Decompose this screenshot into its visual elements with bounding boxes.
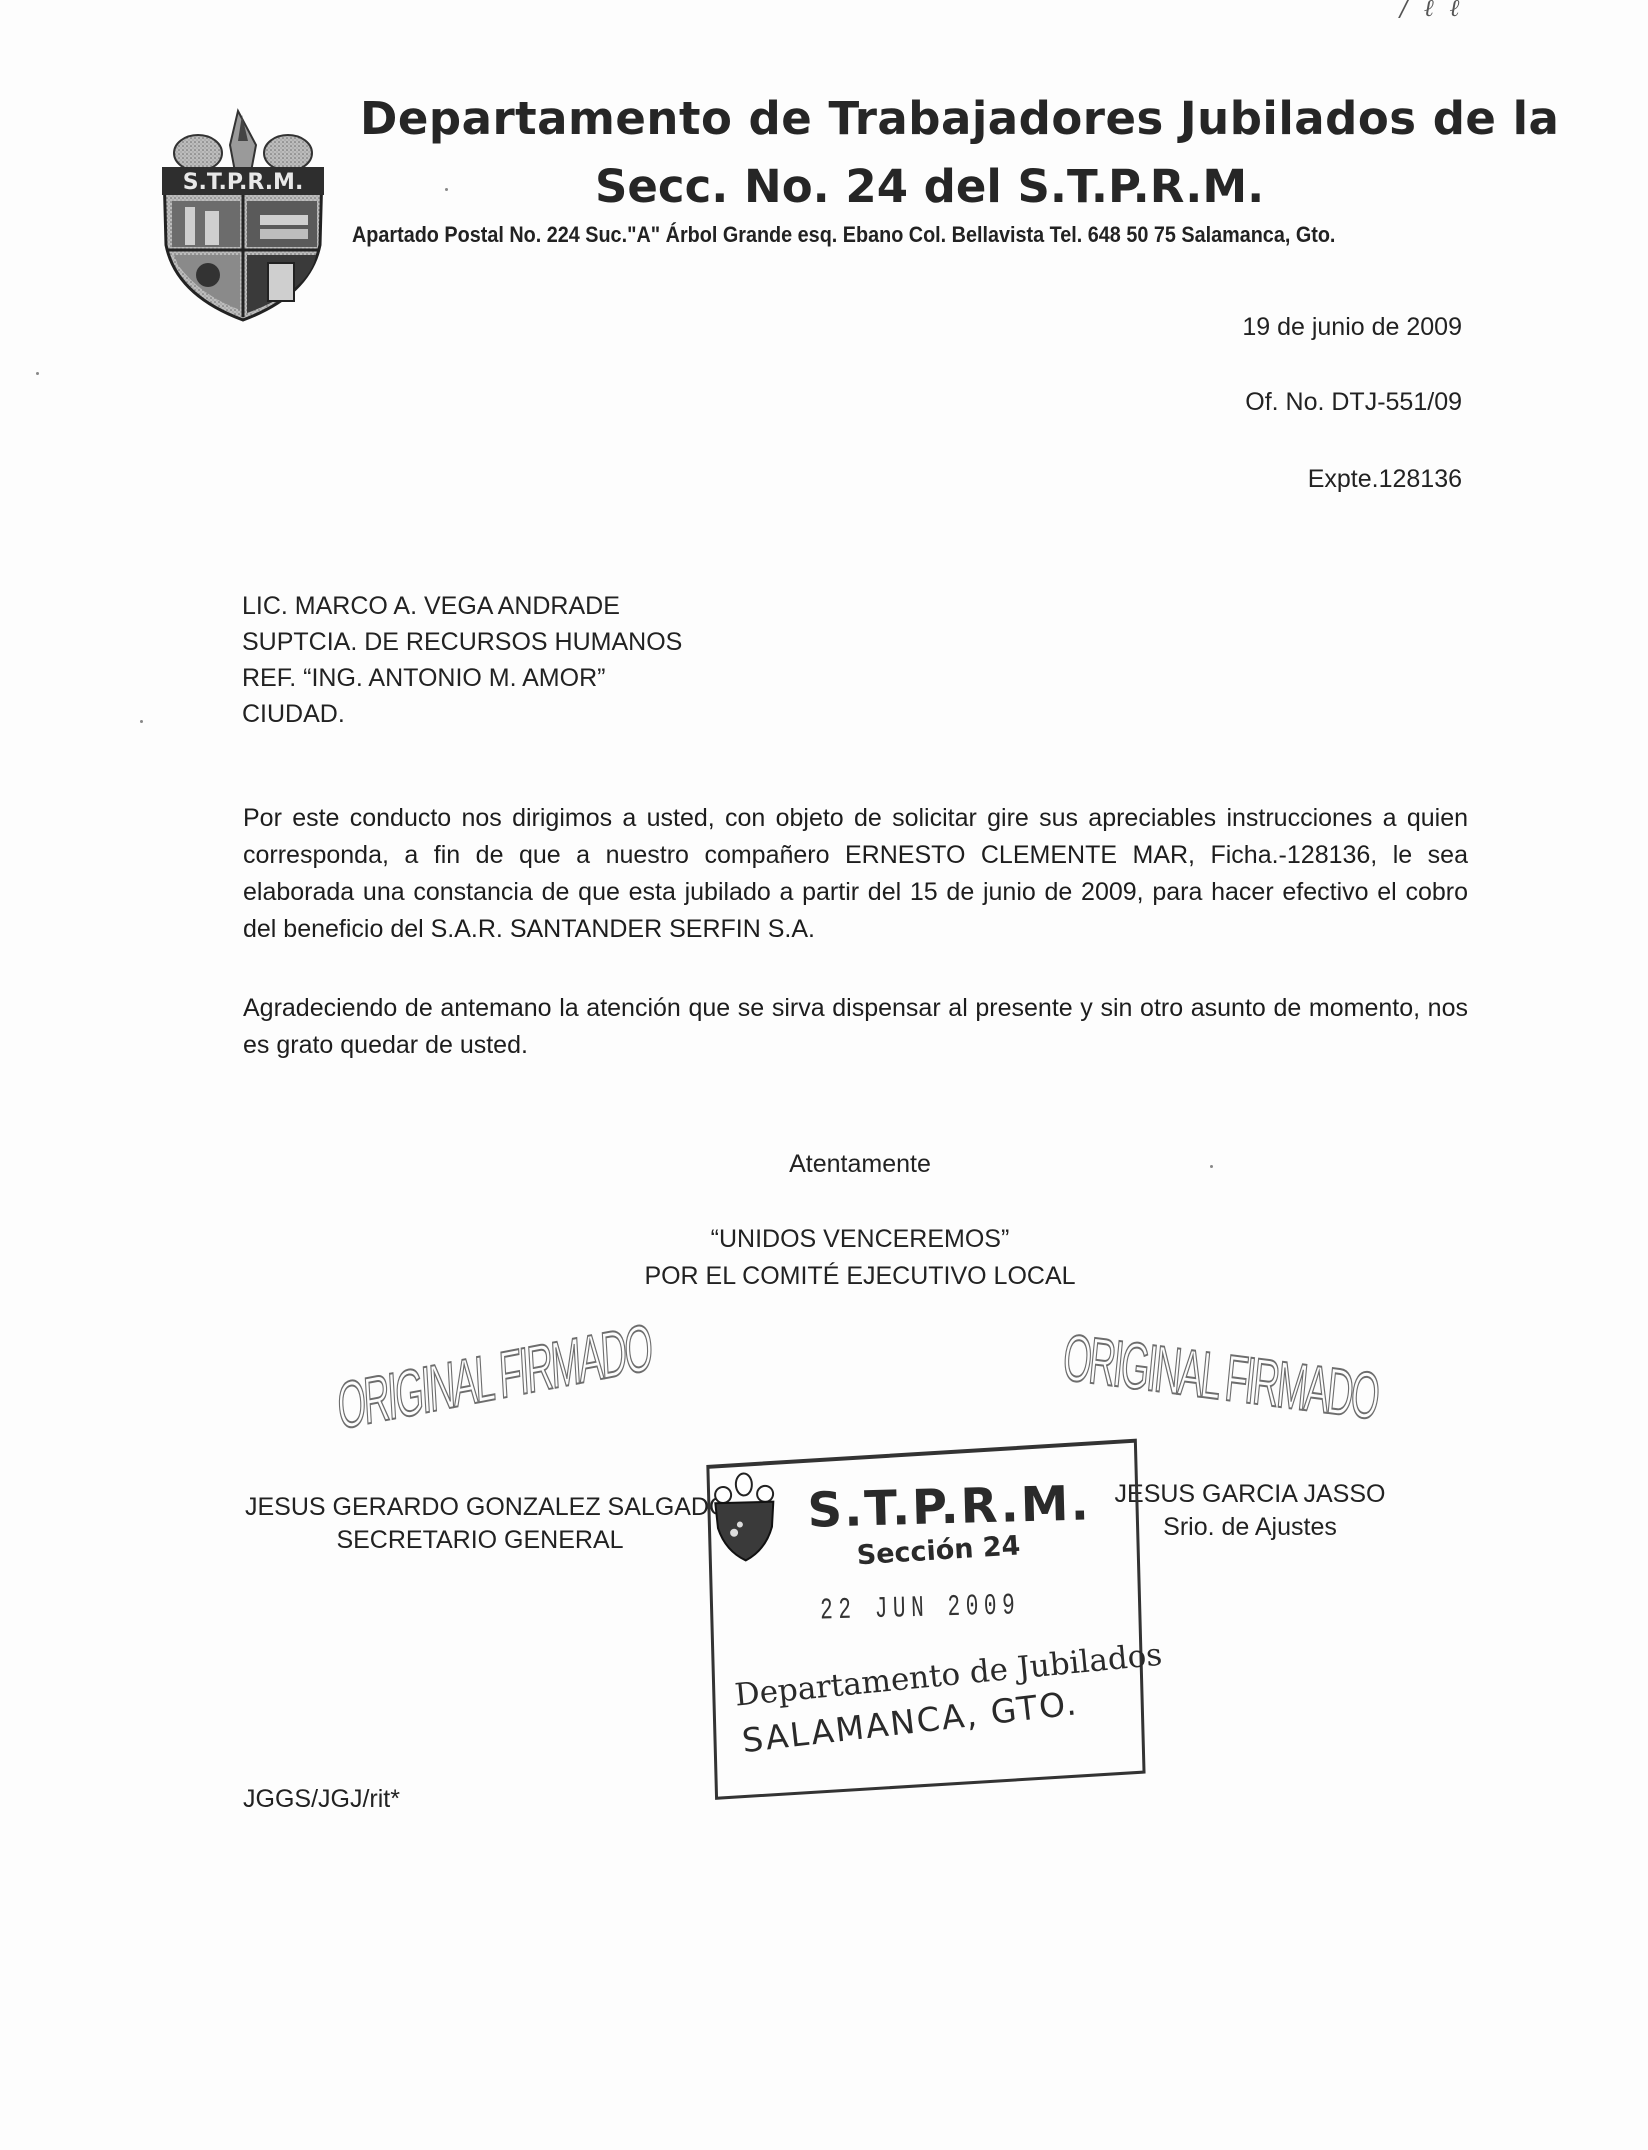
addressee-line: REF. “ING. ANTONIO M. AMOR” — [242, 660, 682, 696]
salutation: Atentamente — [560, 1150, 1160, 1179]
signatory-name: JESUS GERARDO GONZALEZ SALGADO — [245, 1493, 715, 1522]
typist-initials: JGGS/JGJ/rit* — [243, 1785, 400, 1814]
stamp-date: 22 JUN 2009 — [820, 1589, 1021, 1628]
motto: “UNIDOS VENCEREMOS” — [560, 1225, 1160, 1254]
reception-stamp: S.T.P.R.M. Sección 24 22 JUN 2009 Depart… — [696, 1434, 1134, 1770]
letterhead-section: Secc. No. 24 del S.T.P.R.M. — [595, 160, 1264, 213]
addressee-block: LIC. MARCO A. VEGA ANDRADE SUPTCIA. DE R… — [242, 588, 682, 732]
office-number: Of. No. DTJ-551/09 — [1245, 388, 1462, 417]
scan-speck — [140, 720, 143, 723]
stamp-crest-icon — [709, 1472, 781, 1564]
scan-speck — [1210, 1165, 1213, 1168]
signatory-title: SECRETARIO GENERAL — [245, 1526, 715, 1555]
stamp-title: S.T.P.R.M. — [807, 1475, 1092, 1538]
letterhead-title: Departamento de Trabajadores Jubilados d… — [360, 92, 1490, 145]
signatory-general-secretary: JESUS GERARDO GONZALEZ SALGADO SECRETARI… — [245, 1493, 715, 1555]
signatory-adjustments-secretary: JESUS GARCIA JASSO Srio. de Ajustes — [1110, 1480, 1390, 1542]
scan-speck — [445, 188, 448, 191]
letterhead-address: Apartado Postal No. 224 Suc."A" Árbol Gr… — [352, 222, 1335, 248]
original-signed-stamp-left: ORIGINAL FIRMADO — [336, 1309, 653, 1444]
signatory-title: Srio. de Ajustes — [1110, 1513, 1390, 1542]
signatory-name: JESUS GARCIA JASSO — [1110, 1480, 1390, 1509]
letter-date: 19 de junio de 2009 — [1242, 313, 1462, 342]
union-crest-logo: S.T.P.R.M. — [150, 105, 335, 325]
crest-icon: S.T.P.R.M. — [150, 105, 335, 325]
addressee-line: CIUDAD. — [242, 696, 682, 732]
body-paragraph-closing: Agradeciendo de antemano la atención que… — [243, 990, 1468, 1064]
original-signed-stamp-right: ORIGINAL FIRMADO — [1060, 1319, 1381, 1434]
scan-speck — [36, 372, 39, 375]
committee-line: POR EL COMITÉ EJECUTIVO LOCAL — [560, 1262, 1160, 1291]
file-number: Expte.128136 — [1308, 465, 1462, 494]
svg-text:S.T.P.R.M.: S.T.P.R.M. — [183, 170, 304, 195]
handwritten-mark: / ℓ ℓ — [1400, 0, 1463, 23]
body-paragraph-request: Por este conducto nos dirigimos a usted,… — [243, 800, 1468, 948]
addressee-line: LIC. MARCO A. VEGA ANDRADE — [242, 588, 682, 624]
addressee-line: SUPTCIA. DE RECURSOS HUMANOS — [242, 624, 682, 660]
